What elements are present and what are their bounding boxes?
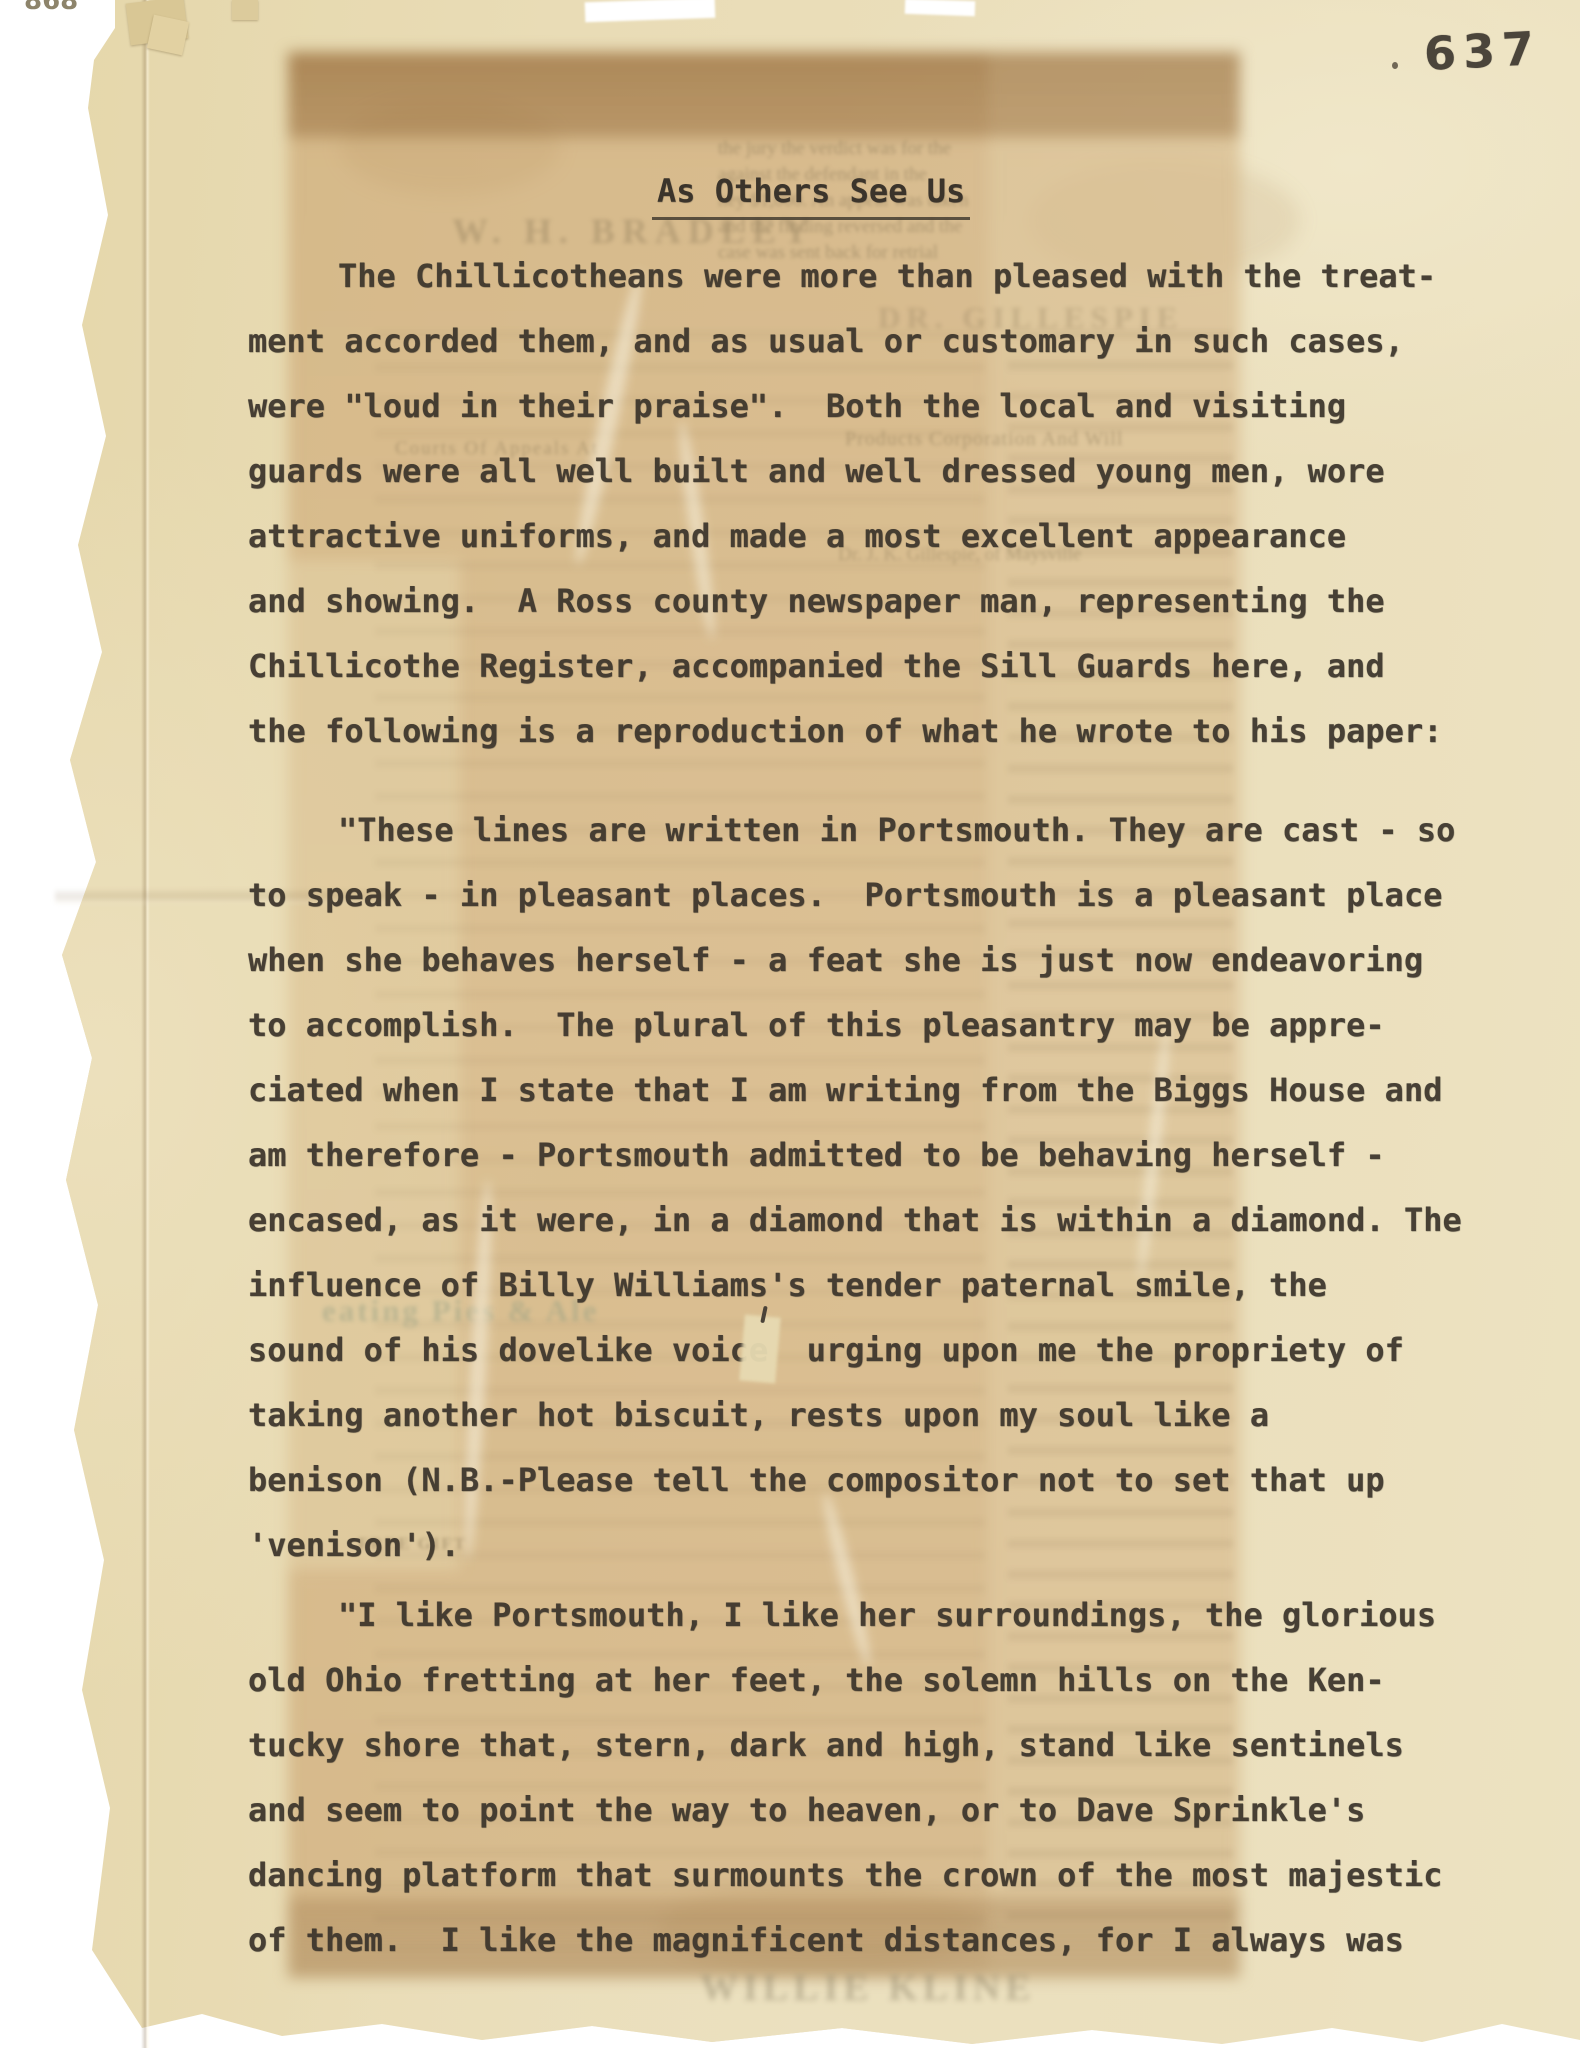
paragraph: "I like Portsmouth, I like her surroundi… — [248, 1583, 1508, 1973]
typed-line: to accomplish. The plural of this pleasa… — [248, 993, 1508, 1058]
typed-line: 'venison'). — [248, 1513, 1508, 1578]
bleedthrough-line: the jury the verdict was for the — [718, 136, 1208, 162]
torn-edge-notch — [905, 0, 975, 16]
typed-line: am therefore - Portsmouth admitted to be… — [248, 1123, 1508, 1188]
typed-line: attractive uniforms, and made a most exc… — [248, 504, 1508, 569]
typed-line: taking another hot biscuit, rests upon m… — [248, 1383, 1508, 1448]
typed-line: old Ohio fretting at her feet, the solem… — [248, 1648, 1508, 1713]
paragraph: "These lines are written in Portsmouth. … — [248, 798, 1508, 1578]
typed-line: were "loud in their praise". Both the lo… — [248, 374, 1508, 439]
typed-line: the following is a reproduction of what … — [248, 699, 1508, 764]
typed-line: The Chillicotheans were more than please… — [248, 244, 1508, 309]
typed-line: benison (N.B.-Please tell the compositor… — [248, 1448, 1508, 1513]
typed-line: ciated when I state that I am writing fr… — [248, 1058, 1508, 1123]
clipping-dark-top-edge — [288, 52, 1240, 137]
tape-fragment — [147, 15, 189, 56]
vertical-fold-crease — [141, 0, 150, 2048]
typed-line: of them. I like the magnificent distance… — [248, 1908, 1508, 1973]
typed-line: to speak - in pleasant places. Portsmout… — [248, 863, 1508, 928]
typed-line: dancing platform that surmounts the crow… — [248, 1843, 1508, 1908]
paper-tear — [739, 1315, 781, 1384]
typed-line: sound of his dovelike voice urging upon … — [248, 1318, 1508, 1383]
pencil-dot — [1392, 62, 1398, 69]
typed-line: influence of Billy Williams's tender pat… — [248, 1253, 1508, 1318]
typed-line: "These lines are written in Portsmouth. … — [248, 798, 1508, 863]
typed-line: "I like Portsmouth, I like her surroundi… — [248, 1583, 1508, 1648]
typed-line: and seem to point the way to heaven, or … — [248, 1778, 1508, 1843]
document-title: As Others See Us — [652, 172, 970, 220]
typed-line: ment accorded them, and as usual or cust… — [248, 309, 1508, 374]
typed-line: tucky shore that, stern, dark and high, … — [248, 1713, 1508, 1778]
document-title-text: As Others See Us — [652, 172, 970, 220]
typed-text-body: The Chillicotheans were more than please… — [248, 244, 1508, 1973]
corner-number-annotation: 868 — [24, 0, 78, 16]
typed-line: and showing. A Ross county newspaper man… — [248, 569, 1508, 634]
typed-line: Chillicothe Register, accompanied the Si… — [248, 634, 1508, 699]
typed-line: when she behaves herself - a feat she is… — [248, 928, 1508, 993]
typed-line: guards were all well built and well dres… — [248, 439, 1508, 504]
tape-fragment — [232, 0, 258, 20]
page-number-annotation: 637 — [1423, 21, 1543, 81]
typed-line: encased, as it were, in a diamond that i… — [248, 1188, 1508, 1253]
paragraph: The Chillicotheans were more than please… — [248, 244, 1508, 764]
